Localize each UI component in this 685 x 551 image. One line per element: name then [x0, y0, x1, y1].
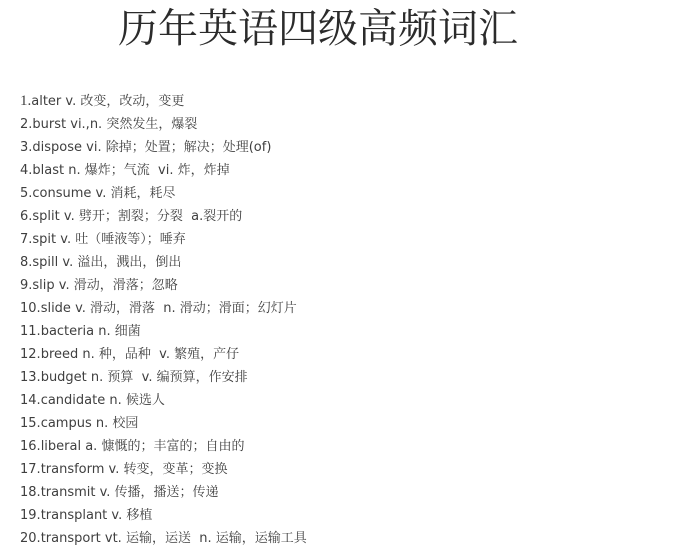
list-item: 9.slip v. 滑动，滑落；忽略	[20, 274, 675, 297]
item-text: candidate n. 候选人	[41, 393, 165, 408]
vocab-list: 1.alter v. 改变，改动，变更2.burst vi.,n. 突然发生，爆…	[20, 90, 675, 550]
item-number: 13.	[20, 370, 41, 385]
item-text: bacteria n. 细菌	[41, 324, 141, 339]
item-number: 14.	[20, 393, 41, 408]
list-item: 10.slide v. 滑动，滑落 n. 滑动；滑面；幻灯片	[20, 297, 675, 320]
item-text: dispose vi. 除掉；处置；解决；处理(of)	[32, 140, 271, 155]
item-text: budget n. 预算 v. 编预算，作安排	[41, 370, 248, 385]
item-number: 16.	[20, 439, 41, 454]
list-item: 2.burst vi.,n. 突然发生，爆裂	[20, 113, 675, 136]
item-number: 19.	[20, 508, 41, 523]
list-item: 4.blast n. 爆炸；气流 vi. 炸，炸掉	[20, 159, 675, 182]
item-text: blast n. 爆炸；气流 vi. 炸，炸掉	[32, 163, 229, 178]
item-number: 15.	[20, 416, 41, 431]
item-text: slide v. 滑动，滑落 n. 滑动；滑面；幻灯片	[41, 301, 297, 316]
item-number: 12.	[20, 347, 41, 362]
item-number: 3.	[20, 140, 32, 155]
item-text: split v. 劈开；割裂；分裂 a.裂开的	[32, 209, 242, 224]
list-item: 7.spit v. 吐（唾液等）；唾弃	[20, 228, 675, 251]
list-item: 1.alter v. 改变，改动，变更	[20, 90, 675, 113]
item-text: transplant v. 移植	[41, 508, 153, 523]
list-item: 15.campus n. 校园	[20, 412, 675, 435]
list-item: 14.candidate n. 候选人	[20, 389, 675, 412]
list-item: 20.transport vt. 运输，运送 n. 运输，运输工具	[20, 527, 675, 550]
item-number: 11.	[20, 324, 41, 339]
page-title: 历年英语四级高频词汇	[0, 6, 636, 52]
item-text: spill v. 溢出，溅出，倒出	[32, 255, 181, 270]
item-number: 7.	[20, 232, 32, 247]
list-item: 3.dispose vi. 除掉；处置；解决；处理(of)	[20, 136, 675, 159]
list-item: 19.transplant v. 移植	[20, 504, 675, 527]
list-item: 6.split v. 劈开；割裂；分裂 a.裂开的	[20, 205, 675, 228]
item-number: 9.	[20, 278, 32, 293]
item-text: liberal a. 慷慨的；丰富的；自由的	[41, 439, 245, 454]
list-item: 12.breed n. 种，品种 v. 繁殖，产仔	[20, 343, 675, 366]
list-item: 16.liberal a. 慷慨的；丰富的；自由的	[20, 435, 675, 458]
item-number: 5.	[20, 186, 32, 201]
item-number: 6.	[20, 209, 32, 224]
item-text: spit v. 吐（唾液等）；唾弃	[32, 232, 185, 247]
item-text: campus n. 校园	[41, 416, 139, 431]
item-number: 18.	[20, 485, 41, 500]
item-number: 17.	[20, 462, 41, 477]
list-item: 8.spill v. 溢出，溅出，倒出	[20, 251, 675, 274]
item-number: 20.	[20, 531, 41, 546]
item-number: 8.	[20, 255, 32, 270]
item-text: slip v. 滑动，滑落；忽略	[32, 278, 177, 293]
item-text: transport vt. 运输，运送 n. 运输，运输工具	[41, 531, 307, 546]
item-number: 10.	[20, 301, 41, 316]
list-item: 17.transform v. 转变，变革；变换	[20, 458, 675, 481]
item-text: transform v. 转变，变革；变换	[41, 462, 228, 477]
list-item: 13.budget n. 预算 v. 编预算，作安排	[20, 366, 675, 389]
list-item: 5.consume v. 消耗，耗尽	[20, 182, 675, 205]
list-item: 11.bacteria n. 细菌	[20, 320, 675, 343]
list-item: 18.transmit v. 传播，播送；传递	[20, 481, 675, 504]
item-text: transmit v. 传播，播送；传递	[41, 485, 219, 500]
document-page: 历年英语四级高频词汇 1.alter v. 改变，改动，变更2.burst vi…	[0, 0, 685, 551]
item-number: 4.	[20, 163, 32, 178]
item-text: consume v. 消耗，耗尽	[32, 186, 175, 201]
item-text: alter v. 改变，改动，变更	[31, 94, 184, 109]
item-text: burst vi.,n. 突然发生，爆裂	[32, 117, 197, 132]
item-text: breed n. 种，品种 v. 繁殖，产仔	[41, 347, 239, 362]
item-number: 2.	[20, 117, 32, 132]
item-number: 1.	[20, 93, 31, 109]
